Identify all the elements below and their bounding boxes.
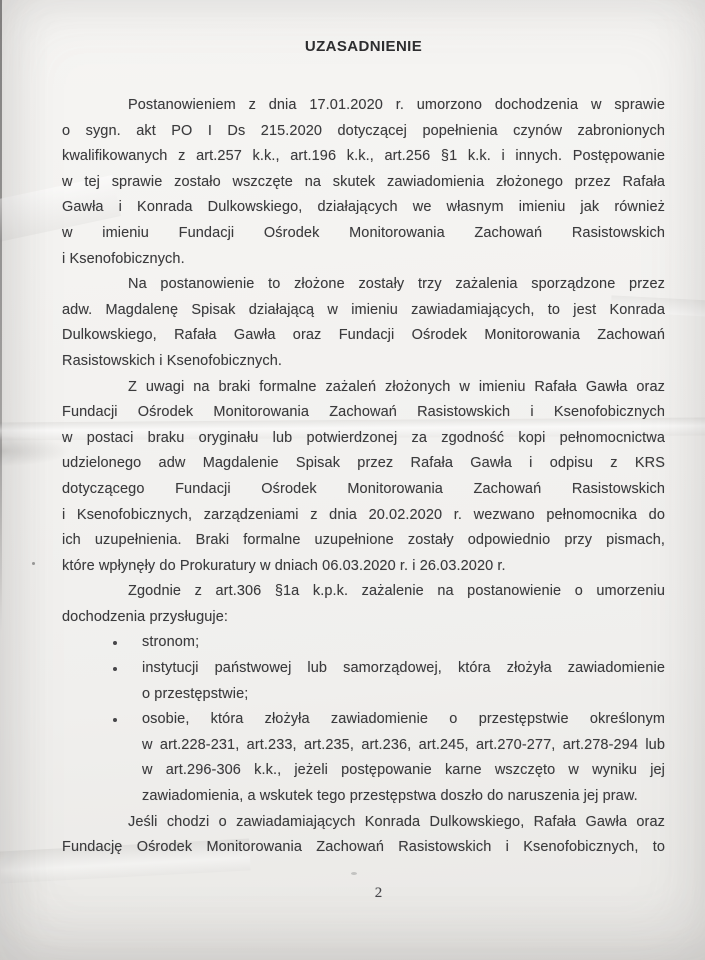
text-line: ich uzupełnienia. Braki formalne uzupełn… xyxy=(62,528,665,554)
text-line: stronom; xyxy=(142,630,665,656)
list-item-2: instytucji państwowej lub samorządowej, … xyxy=(62,656,665,707)
text-line: Na postanowienie to złożone zostały trzy… xyxy=(62,272,665,298)
text-line: Postanowieniem z dnia 17.01.2020 r. umor… xyxy=(62,93,665,119)
scanned-document-page: UZASADNIENIE Postanowieniem z dnia 17.01… xyxy=(0,0,705,960)
text-line: w art.228-231, art.233, art.235, art.236… xyxy=(142,733,665,759)
text-line: Fundacji Ośrodek Monitorowania Zachowań … xyxy=(62,400,665,426)
paragraph-3: Z uwagi na braki formalne zażaleń złożon… xyxy=(62,375,665,580)
text-line: dotyczącego Fundacji Ośrodek Monitorowan… xyxy=(62,477,665,503)
text-line: adw. Magdalenę Spisak działającą w imien… xyxy=(62,298,665,324)
text-line: osobie, która złożyła zawiadomienie o pr… xyxy=(142,707,665,733)
document-title: UZASADNIENIE xyxy=(62,38,665,56)
text-line: w imieniu Fundacji Ośrodek Monitorowania… xyxy=(62,221,665,247)
text-line: Fundację Ośrodek Monitorowania Zachowań … xyxy=(62,835,665,861)
list-item-3: osobie, która złożyła zawiadomienie o pr… xyxy=(62,707,665,809)
document-body: Postanowieniem z dnia 17.01.2020 r. umor… xyxy=(62,93,665,903)
text-line: zawiadomienia, a wskutek tego przestępst… xyxy=(142,784,665,810)
paragraph-4: Zgodnie z art.306 §1a k.p.k. zażalenie n… xyxy=(62,579,665,630)
text-line: o przestępstwie; xyxy=(142,682,665,708)
text-line: i Ksenofobicznych, zarządzeniami z dnia … xyxy=(62,503,665,529)
bullet-icon xyxy=(113,641,117,645)
text-line: Z uwagi na braki formalne zażaleń złożon… xyxy=(62,375,665,401)
bullet-icon xyxy=(113,718,117,722)
text-line: i Ksenofobicznych. xyxy=(62,247,665,273)
paragraph-2: Na postanowienie to złożone zostały trzy… xyxy=(62,272,665,374)
page-number: 2 xyxy=(62,883,665,903)
scan-speck xyxy=(32,562,35,565)
bullet-icon xyxy=(113,667,117,671)
paragraph-1: Postanowieniem z dnia 17.01.2020 r. umor… xyxy=(62,93,665,272)
text-line: w postaci braku oryginału lub potwierdzo… xyxy=(62,426,665,452)
list-item-1: stronom; xyxy=(62,630,665,656)
text-line: instytucji państwowej lub samorządowej, … xyxy=(142,656,665,682)
text-line: Zgodnie z art.306 §1a k.p.k. zażalenie n… xyxy=(62,579,665,605)
text-line: o sygn. akt PO I Ds 215.2020 dotyczącej … xyxy=(62,119,665,145)
text-line: w art.296-306 k.k., jeżeli postępowanie … xyxy=(142,758,665,784)
text-line: kwalifikowanych z art.257 k.k., art.196 … xyxy=(62,144,665,170)
paper-crease xyxy=(0,436,70,466)
paragraph-5: Jeśli chodzi o zawiadamiających Konrada … xyxy=(62,810,665,861)
text-line: Rasistowskich i Ksenofobicznych. xyxy=(62,349,665,375)
scan-edge-shadow xyxy=(0,0,2,632)
text-line: Dulkowskiego, Rafała Gawła oraz Fundacji… xyxy=(62,323,665,349)
text-line: Jeśli chodzi o zawiadamiających Konrada … xyxy=(62,810,665,836)
text-line: Gawła i Konrada Dulkowskiego, działający… xyxy=(62,195,665,221)
text-line: udzielonego adw Magdalenie Spisak przez … xyxy=(62,451,665,477)
text-line: dochodzenia przysługuje: xyxy=(62,605,665,631)
text-line: które wpłynęły do Prokuratury w dniach 0… xyxy=(62,554,665,580)
text-line: w tej sprawie zostało wszczęte na skutek… xyxy=(62,170,665,196)
